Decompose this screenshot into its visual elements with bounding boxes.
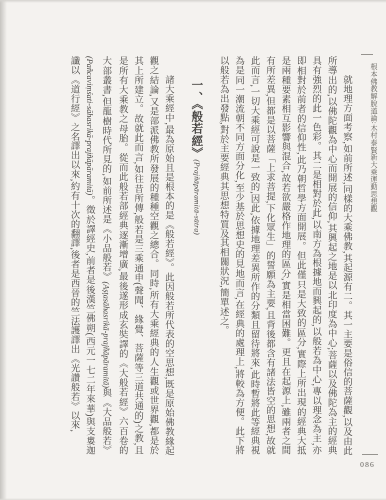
romanization-astasahasrika: (Aṣṭasāhasrikā-prajñāpāramitā)	[101, 282, 110, 388]
running-head-rule	[361, 54, 373, 55]
page-left-edge-shadow	[0, 0, 7, 500]
page-top-edge-shadow	[0, 0, 386, 3]
section-number: 一、	[190, 79, 202, 104]
paragraph-prajna-segment: 諸大乘經中,最為原始且是根本的是《般若經》。此因般若所代表的空思想,既是原始佛教…	[100, 56, 173, 455]
page-number-rule	[362, 454, 378, 455]
page-number: 086	[360, 460, 375, 469]
paragraph-prajna-sutra: 諸大乘經中,最為原始且是根本的是《般若經》。此因般若所代表的空思想,既是原始佛教…	[65, 56, 175, 455]
section-heading: 一、《般若經》(Prajñāpāramitā-sūtra)	[188, 56, 204, 455]
book-page: 根本佛教解脫道論:木村泰賢新大乘運動思想觀 就地理方面考察,如前所述,同樣的大乘…	[0, 0, 386, 500]
body-text-block: 就地理方面考察,如前所述,同樣的大乘佛教,其起源有二。其一主要是俗信的菩薩觀,以…	[65, 56, 353, 455]
section-romanization: (Prajñāpāramitā-sūtra)	[192, 159, 201, 235]
romanization-pancavimsati: (Pañcaviṃśati-sāhasrikā-prajñāpāramitā)	[85, 56, 94, 195]
paragraph-geography-origins: 就地理方面考察,如前所述,同樣的大乘佛教,其起源有二。其一主要是俗信的菩薩觀,以…	[214, 56, 353, 455]
running-head-title: 根本佛教解脫道論:木村泰賢新大乘運動思想觀	[369, 63, 379, 212]
paragraph-prajna-segment: 與《大品般若》	[100, 388, 110, 455]
section-title: 《般若經》	[190, 104, 202, 160]
